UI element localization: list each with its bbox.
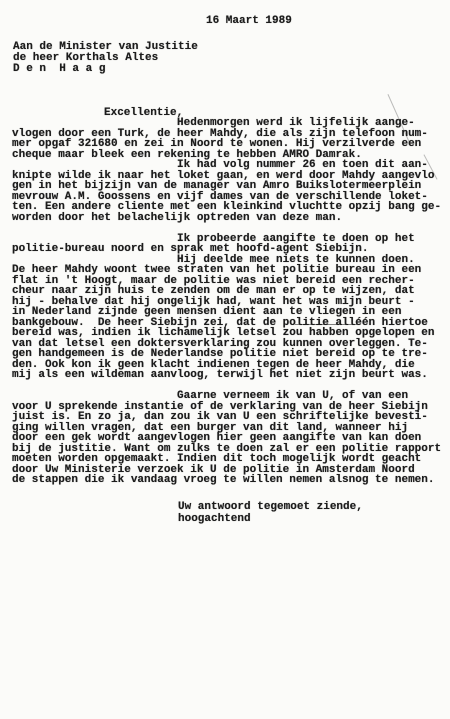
letter-page: 16 Maart 1989 Aan de Minister van Justit…: [0, 0, 450, 719]
letter-date: 16 Maart 1989: [206, 15, 292, 27]
letter-closing: Uw antwoord tegemoet ziende, hoogachtend: [178, 502, 363, 525]
letter-body: Hedenmorgen werd ik lijfelijk aange- vlo…: [12, 118, 441, 486]
recipient-address: Aan de Minister van Justitie de heer Kor…: [13, 42, 198, 75]
